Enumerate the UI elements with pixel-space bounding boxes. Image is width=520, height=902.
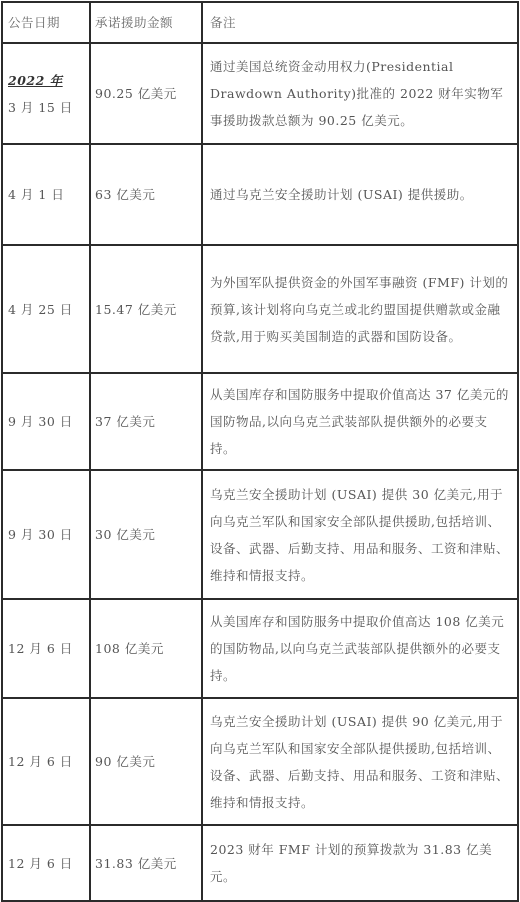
table-row: 12 月 6 日 31.83 亿美元 2023 财年 FMF 计划的预算拨款为 … <box>2 825 518 901</box>
table-row: 12 月 6 日 108 亿美元 从美国库存和国防服务中提取价值高达 108 亿… <box>2 599 518 698</box>
date-cell: 4 月 1 日 <box>2 144 90 245</box>
amount-cell: 63 亿美元 <box>90 144 202 245</box>
table-row: 4 月 1 日 63 亿美元 通过乌克兰安全援助计划 (USAI) 提供援助。 <box>2 144 518 245</box>
amount-cell: 90.25 亿美元 <box>90 43 202 144</box>
header-date: 公告日期 <box>2 2 90 43</box>
date-cell: 9 月 30 日 <box>2 373 90 470</box>
note-cell: 2023 财年 FMF 计划的预算拨款为 31.83 亿美元。 <box>202 825 518 901</box>
table-row: 9 月 30 日 37 亿美元 从美国库存和国防服务中提取价值高达 37 亿美元… <box>2 373 518 470</box>
note-cell: 乌克兰安全援助计划 (USAI) 提供 30 亿美元,用于向乌克兰军队和国家安全… <box>202 470 518 599</box>
amount-cell: 37 亿美元 <box>90 373 202 470</box>
note-cell: 通过美国总统资金动用权力(Presidential Drawdown Autho… <box>202 43 518 144</box>
table-row: 4 月 25 日 15.47 亿美元 为外国军队提供资金的外国军事融资 (FMF… <box>2 245 518 373</box>
note-cell: 从美国库存和国防服务中提取价值高达 37 亿美元的国防物品,以向乌克兰武装部队提… <box>202 373 518 470</box>
header-amount: 承诺援助金额 <box>90 2 202 43</box>
amount-cell: 108 亿美元 <box>90 599 202 698</box>
amount-cell: 31.83 亿美元 <box>90 825 202 901</box>
note-cell: 从美国库存和国防服务中提取价值高达 108 亿美元的国防物品,以向乌克兰武装部队… <box>202 599 518 698</box>
aid-table: 公告日期 承诺援助金额 备注 2022 年 3 月 15 日 90.25 亿美元… <box>1 1 519 902</box>
year-label: 2022 年 <box>8 67 83 94</box>
date-cell: 2022 年 3 月 15 日 <box>2 43 90 144</box>
table-row: 9 月 30 日 30 亿美元 乌克兰安全援助计划 (USAI) 提供 30 亿… <box>2 470 518 599</box>
note-cell: 通过乌克兰安全援助计划 (USAI) 提供援助。 <box>202 144 518 245</box>
table-row: 12 月 6 日 90 亿美元 乌克兰安全援助计划 (USAI) 提供 90 亿… <box>2 698 518 825</box>
date-cell: 12 月 6 日 <box>2 599 90 698</box>
amount-cell: 90 亿美元 <box>90 698 202 825</box>
note-cell: 为外国军队提供资金的外国军事融资 (FMF) 计划的预算,该计划将向乌克兰或北约… <box>202 245 518 373</box>
date-cell: 9 月 30 日 <box>2 470 90 599</box>
date-cell: 12 月 6 日 <box>2 698 90 825</box>
amount-cell: 15.47 亿美元 <box>90 245 202 373</box>
date-cell: 12 月 6 日 <box>2 825 90 901</box>
header-note: 备注 <box>202 2 518 43</box>
date-label: 3 月 15 日 <box>8 94 83 121</box>
table-header-row: 公告日期 承诺援助金额 备注 <box>2 2 518 43</box>
table-row: 2022 年 3 月 15 日 90.25 亿美元 通过美国总统资金动用权力(P… <box>2 43 518 144</box>
date-cell: 4 月 25 日 <box>2 245 90 373</box>
amount-cell: 30 亿美元 <box>90 470 202 599</box>
note-cell: 乌克兰安全援助计划 (USAI) 提供 90 亿美元,用于向乌克兰军队和国家安全… <box>202 698 518 825</box>
